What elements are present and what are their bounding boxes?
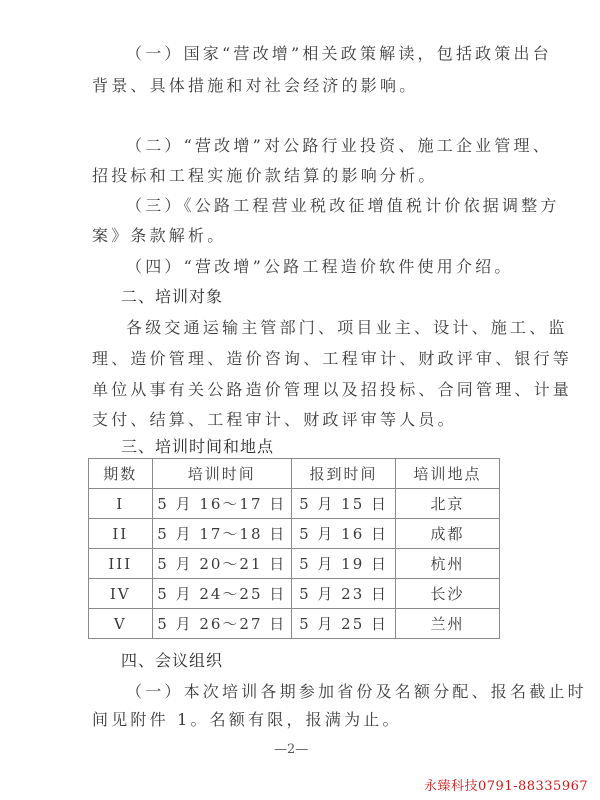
cell-training-time: 5 月 26～27 日 — [152, 609, 292, 639]
table-row: V 5 月 26～27 日 5 月 25 日 兰州 — [89, 609, 500, 639]
cell-registration-time: 5 月 15 日 — [292, 489, 396, 519]
item-2-line-2: 招投标和工程实施价款结算的影响分析。 — [92, 166, 532, 186]
cell-period: III — [89, 549, 153, 579]
section-heading-meeting-organization: 四、会议组织 — [121, 651, 223, 671]
item-1-line-2: 背景、具体措施和对社会经济的影响。 — [92, 76, 532, 96]
cell-location: 兰州 — [396, 609, 500, 639]
item-4-line-1: （四）“营改增”公路工程造价软件使用介绍。 — [126, 257, 566, 277]
cell-training-time: 5 月 16～17 日 — [152, 489, 292, 519]
page-number: —2— — [274, 742, 308, 757]
targets-line-3: 单位从事有关公路造价管理以及招投标、合同管理、计量 — [92, 380, 532, 400]
item-2-line-1: （二）“营改增”对公路行业投资、施工企业管理、 — [126, 136, 566, 156]
cell-registration-time: 5 月 19 日 — [292, 549, 396, 579]
item-3-line-2: 案》条款解析。 — [92, 226, 532, 246]
targets-line-2: 理、造价管理、造价咨询、工程审计、财政评审、银行等 — [92, 349, 532, 369]
header-location: 培训地点 — [396, 459, 500, 489]
cell-period: IV — [89, 579, 153, 609]
cell-period: V — [89, 609, 153, 639]
item-3-line-1: （三）《公路工程营业税改征增值税计价依据调整方 — [126, 196, 566, 216]
item-1-line-1: （一）国家“营改增”相关政策解读，包括政策出台 — [126, 44, 566, 64]
targets-line-1: 各级交通运输主管部门、项目业主、设计、施工、监 — [126, 318, 566, 338]
cell-location: 成都 — [396, 519, 500, 549]
cell-registration-time: 5 月 16 日 — [292, 519, 396, 549]
table-row: I 5 月 16～17 日 5 月 15 日 北京 — [89, 489, 500, 519]
cell-location: 长沙 — [396, 579, 500, 609]
targets-line-4: 支付、结算、工程审计、财政评审等人员。 — [92, 410, 532, 430]
cell-location: 北京 — [396, 489, 500, 519]
header-period: 期数 — [89, 459, 153, 489]
cell-period: I — [89, 489, 153, 519]
cell-training-time: 5 月 17～18 日 — [152, 519, 292, 549]
org-item-1-line-2: 间见附件 1。名额有限，报满为止。 — [92, 710, 532, 730]
cell-location: 杭州 — [396, 549, 500, 579]
document-page: （一）国家“营改增”相关政策解读，包括政策出台 背景、具体措施和对社会经济的影响… — [0, 0, 600, 800]
table-row: IV 5 月 24～25 日 5 月 23 日 长沙 — [89, 579, 500, 609]
watermark-text: 永臻科技0791-88335967 — [424, 775, 588, 794]
cell-period: II — [89, 519, 153, 549]
schedule-table: 期数 培训时间 报到时间 培训地点 I 5 月 16～17 日 5 月 15 日… — [88, 458, 500, 639]
table-header-row: 期数 培训时间 报到时间 培训地点 — [89, 459, 500, 489]
cell-registration-time: 5 月 23 日 — [292, 579, 396, 609]
cell-training-time: 5 月 20～21 日 — [152, 549, 292, 579]
org-item-1-line-1: （一）本次培训各期参加省份及名额分配、报名截止时 — [126, 682, 566, 702]
cell-registration-time: 5 月 25 日 — [292, 609, 396, 639]
table-row: II 5 月 17～18 日 5 月 16 日 成都 — [89, 519, 500, 549]
header-training-time: 培训时间 — [152, 459, 292, 489]
section-heading-training-targets: 二、培训对象 — [121, 287, 223, 307]
header-registration-time: 报到时间 — [292, 459, 396, 489]
section-heading-time-location: 三、培训时间和地点 — [121, 437, 274, 457]
table-row: III 5 月 20～21 日 5 月 19 日 杭州 — [89, 549, 500, 579]
cell-training-time: 5 月 24～25 日 — [152, 579, 292, 609]
